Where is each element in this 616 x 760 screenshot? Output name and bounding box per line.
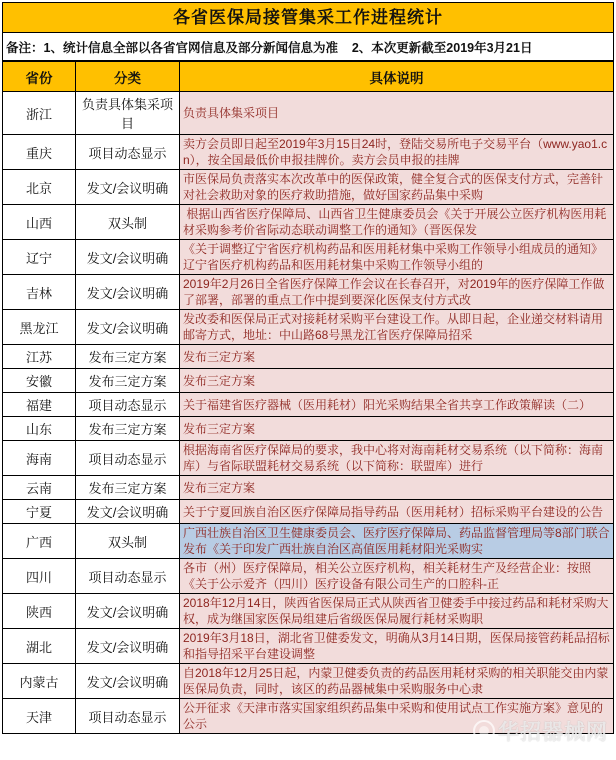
- category-cell: 发文/会议明确: [76, 310, 180, 345]
- table-row: 福建项目动态显示关于福建省医疗器械（医用耗材）阳光采购结果全省共享工作政策解读（…: [3, 393, 614, 417]
- note-text: 备注：1、统计信息全部以各省官网信息及部分新闻信息为准 2、本次更新截至2019…: [2, 33, 614, 61]
- category-cell: 发文/会议明确: [76, 275, 180, 310]
- table-row: 黑龙江发文/会议明确发改委和医保局正式对接耗材采购平台建设工作。从即日起，企业递…: [3, 310, 614, 345]
- table-row: 陕西发文/会议明确2018年12月14日，陕西省医保局正式从陕西省卫健委手中接过…: [3, 594, 614, 629]
- province-cell: 陕西: [3, 594, 76, 629]
- table-row: 宁夏发文/会议明确关于宁夏回族自治区医疗保障局指导药品（医用耗材）招标采购平台建…: [3, 500, 614, 524]
- detail-cell: 《关于调整辽宁省医疗机构药品和医用耗材集中采购工作领导小组成员的通知》辽宁省医疗…: [180, 240, 614, 275]
- table-row: 山西双头制 根据山西省医疗保障局、山西省卫生健康委员会《关于开展公立医疗机构医用…: [3, 205, 614, 240]
- province-cell: 广西: [3, 524, 76, 559]
- detail-cell: 自2018年12月25日起，内蒙卫健委负责的药品医用耗材采购的相关职能交由内蒙医…: [180, 664, 614, 699]
- province-cell: 黑龙江: [3, 310, 76, 345]
- detail-cell: 卖方会员即日起至2019年3月15日24时，登陆交易所电子交易平台（www.ya…: [180, 135, 614, 170]
- table-row: 广西双头制广西壮族自治区卫生健康委员会、医疗医疗保障局、药品监督管理局等8部门联…: [3, 524, 614, 559]
- table-row: 海南项目动态显示根据海南省医疗保障局的要求，我中心将对海南耗材交易系统（以下简称…: [3, 441, 614, 476]
- column-header-category: 分类: [76, 62, 180, 92]
- province-cell: 吉林: [3, 275, 76, 310]
- detail-cell: 市医保局负责落实本次改革中的医保政策，健全复合式的医保支付方式，完善针对社会救助…: [180, 170, 614, 205]
- page-title: 各省医保局接管集采工作进程统计: [2, 2, 614, 33]
- detail-cell: 负责具体集采项目: [180, 92, 614, 135]
- table-row: 北京发文/会议明确市医保局负责落实本次改革中的医保政策，健全复合式的医保支付方式…: [3, 170, 614, 205]
- table-row: 四川项目动态显示各市（州）医疗保障局，相关公立医疗机构，相关耗材生产及经营企业：…: [3, 559, 614, 594]
- province-cell: 山西: [3, 205, 76, 240]
- detail-cell: 2019年2月26日全省医疗保障工作会议在长春召开，对2019年的医疗保障工作做…: [180, 275, 614, 310]
- detail-cell: 发布三定方案: [180, 345, 614, 369]
- category-cell: 双头制: [76, 205, 180, 240]
- category-cell: 项目动态显示: [76, 393, 180, 417]
- table-row: 山东发布三定方案发布三定方案: [3, 417, 614, 441]
- table-row: 云南发布三定方案发布三定方案: [3, 476, 614, 500]
- detail-cell: 广西壮族自治区卫生健康委员会、医疗医疗保障局、药品监督管理局等8部门联合发布《关…: [180, 524, 614, 559]
- column-header-detail: 具体说明: [180, 62, 614, 92]
- table-row: 江苏发布三定方案发布三定方案: [3, 345, 614, 369]
- detail-cell: 2019年3月18日，湖北省卫健委发文，明确从3月14日期，医保局接管药耗品招标…: [180, 629, 614, 664]
- table-body: 浙江负责具体集采项目负责具体集采项目重庆项目动态显示卖方会员即日起至2019年3…: [3, 92, 614, 734]
- detail-cell: 发布三定方案: [180, 369, 614, 393]
- table-row: 天津项目动态显示公开征求《天津市落实国家组织药品集中采购和使用试点工作实施方案》…: [3, 699, 614, 734]
- province-cell: 四川: [3, 559, 76, 594]
- province-cell: 内蒙古: [3, 664, 76, 699]
- column-header-province: 省份: [3, 62, 76, 92]
- province-cell: 福建: [3, 393, 76, 417]
- detail-cell: 关于福建省医疗器械（医用耗材）阳光采购结果全省共享工作政策解读（二）: [180, 393, 614, 417]
- province-cell: 重庆: [3, 135, 76, 170]
- category-cell: 发布三定方案: [76, 417, 180, 441]
- table-row: 安徽发布三定方案发布三定方案: [3, 369, 614, 393]
- category-cell: 项目动态显示: [76, 699, 180, 734]
- province-cell: 辽宁: [3, 240, 76, 275]
- table-row: 辽宁发文/会议明确《关于调整辽宁省医疗机构药品和医用耗材集中采购工作领导小组成员…: [3, 240, 614, 275]
- table-row: 浙江负责具体集采项目负责具体集采项目: [3, 92, 614, 135]
- detail-cell: 发布三定方案: [180, 476, 614, 500]
- table-header: 省份 分类 具体说明: [3, 62, 614, 92]
- category-cell: 发布三定方案: [76, 369, 180, 393]
- category-cell: 负责具体集采项目: [76, 92, 180, 135]
- detail-cell: 根据山西省医疗保障局、山西省卫生健康委员会《关于开展公立医疗机构医用耗材采购参考…: [180, 205, 614, 240]
- table-row: 湖北发文/会议明确2019年3月18日，湖北省卫健委发文，明确从3月14日期，医…: [3, 629, 614, 664]
- detail-cell: 关于宁夏回族自治区医疗保障局指导药品（医用耗材）招标采购平台建设的公告: [180, 500, 614, 524]
- detail-cell: 根据海南省医疗保障局的要求，我中心将对海南耗材交易系统（以下简称：海南库）与省际…: [180, 441, 614, 476]
- province-cell: 天津: [3, 699, 76, 734]
- category-cell: 双头制: [76, 524, 180, 559]
- category-cell: 发文/会议明确: [76, 170, 180, 205]
- province-cell: 江苏: [3, 345, 76, 369]
- province-cell: 山东: [3, 417, 76, 441]
- province-cell: 湖北: [3, 629, 76, 664]
- category-cell: 项目动态显示: [76, 135, 180, 170]
- province-cell: 海南: [3, 441, 76, 476]
- detail-cell: 发改委和医保局正式对接耗材采购平台建设工作。从即日起，企业递交材料请用邮寄方式，…: [180, 310, 614, 345]
- detail-cell: 公开征求《天津市落实国家组织药品集中采购和使用试点工作实施方案》意见的公示: [180, 699, 614, 734]
- table-row: 吉林发文/会议明确2019年2月26日全省医疗保障工作会议在长春召开，对2019…: [3, 275, 614, 310]
- province-cell: 北京: [3, 170, 76, 205]
- detail-cell: 发布三定方案: [180, 417, 614, 441]
- category-cell: 发布三定方案: [76, 345, 180, 369]
- category-cell: 发文/会议明确: [76, 664, 180, 699]
- category-cell: 发布三定方案: [76, 476, 180, 500]
- category-cell: 项目动态显示: [76, 559, 180, 594]
- category-cell: 发文/会议明确: [76, 500, 180, 524]
- province-cell: 宁夏: [3, 500, 76, 524]
- detail-cell: 各市（州）医疗保障局，相关公立医疗机构，相关耗材生产及经营企业：按照《关于公示爱…: [180, 559, 614, 594]
- procurement-progress-table: 省份 分类 具体说明 浙江负责具体集采项目负责具体集采项目重庆项目动态显示卖方会…: [2, 61, 614, 734]
- province-cell: 浙江: [3, 92, 76, 135]
- table-row: 重庆项目动态显示卖方会员即日起至2019年3月15日24时，登陆交易所电子交易平…: [3, 135, 614, 170]
- report-page: 各省医保局接管集采工作进程统计 备注：1、统计信息全部以各省官网信息及部分新闻信…: [0, 0, 616, 760]
- table-row: 内蒙古发文/会议明确自2018年12月25日起，内蒙卫健委负责的药品医用耗材采购…: [3, 664, 614, 699]
- category-cell: 发文/会议明确: [76, 629, 180, 664]
- category-cell: 发文/会议明确: [76, 594, 180, 629]
- province-cell: 云南: [3, 476, 76, 500]
- category-cell: 项目动态显示: [76, 441, 180, 476]
- province-cell: 安徽: [3, 369, 76, 393]
- detail-cell: 2018年12月14日，陕西省医保局正式从陕西省卫健委手中接过药品和耗材采购大权…: [180, 594, 614, 629]
- category-cell: 发文/会议明确: [76, 240, 180, 275]
